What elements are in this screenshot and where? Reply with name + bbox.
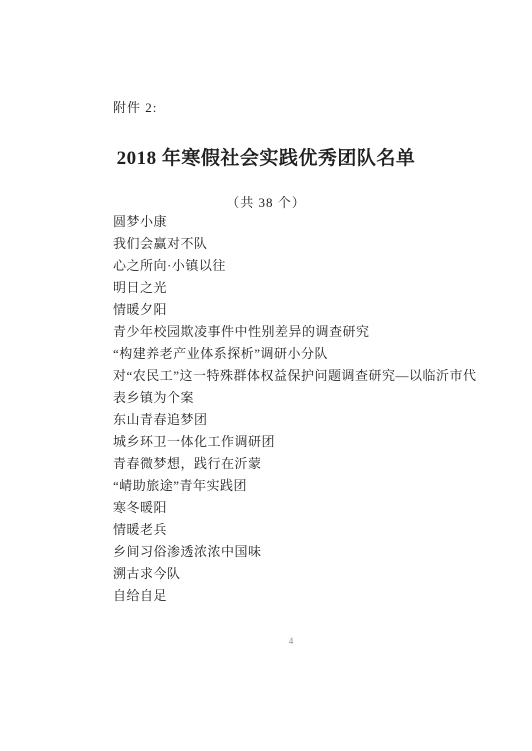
team-list-item: 青少年校园欺凌事件中性别差异的调查研究 [113,321,477,343]
team-list-item: 乡间习俗渗透浓浓中国味 [113,541,477,563]
team-list-item: 寒冬暖阳 [113,497,477,519]
team-list-item: “崝助旅途”青年实践团 [113,475,477,497]
team-list-item: 圆梦小康 [113,211,477,233]
team-list-item: 情暖夕阳 [113,299,477,321]
team-list-item: 我们会赢对不队 [113,233,477,255]
team-list-item: 心之所向·小镇以往 [113,255,477,277]
attachment-label: 附件 2: [113,97,157,116]
team-count-note: （共 38 个） [0,192,532,211]
team-list-item: 明日之光 [113,277,477,299]
team-list-item: 自给自足 [113,585,477,607]
team-list: 圆梦小康 我们会赢对不队 心之所向·小镇以往 明日之光 情暖夕阳 青少年校园欺凌… [113,211,477,607]
team-list-item: 东山青春追梦团 [113,409,477,431]
team-list-item: 溯古求今队 [113,563,477,585]
team-list-item: 对“农民工”这一特殊群体权益保护问题调查研究—以临沂市代 [113,365,477,387]
team-list-item: “构建养老产业体系探析”调研小分队 [113,343,477,365]
page-title: 2018 年寒假社会实践优秀团队名单 [0,143,532,170]
team-list-item: 表乡镇为个案 [113,387,477,409]
team-list-item: 青春微梦想，践行在沂蒙 [113,453,477,475]
document-page: 附件 2: 2018 年寒假社会实践优秀团队名单 （共 38 个） 圆梦小康 我… [0,0,532,751]
team-list-item: 情暖老兵 [113,519,477,541]
team-list-item: 城乡环卫一体化工作调研团 [113,431,477,453]
page-number: 4 [241,636,341,646]
